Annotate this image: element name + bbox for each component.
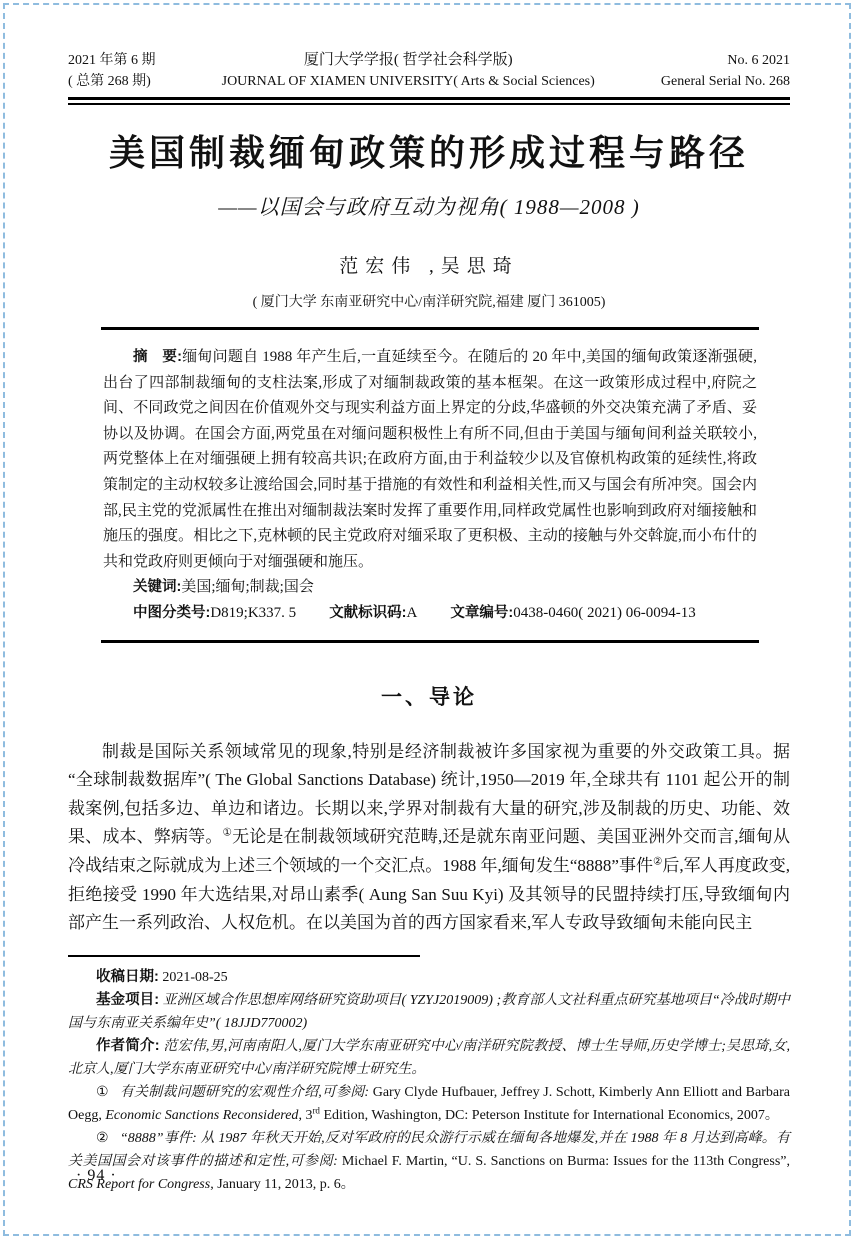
issue-number-en: No. 6 2021 [661,50,790,71]
bio-label: 作者简介: [96,1038,160,1054]
section-heading: 一、导论 [68,681,790,711]
serial-number-en: General Serial No. 268 [661,71,790,92]
footnote-1: ①有关制裁问题研究的宏观性介绍,可参阅: Gary Clyde Hufbauer… [68,1081,790,1127]
abstract-label: 摘 要: [133,349,182,365]
page-content: 2021 年第 6 期 ( 总第 268 期) 厦门大学学报( 哲学社会科学版)… [0,0,854,1196]
funding-line: 基金项目: 亚洲区域合作思想库网络研究资助项目( YZYJ2019009) ;教… [68,989,790,1035]
doc-code-value: A [407,605,418,621]
issue-number-cn: 2021 年第 6 期 [68,50,156,71]
author-affiliation: ( 厦门大学 东南亚研究中心/南洋研究院,福建 厦门 361005) [68,291,790,311]
footnote-2-marker: ② [96,1131,109,1146]
keywords-line: 关键词:美国;缅甸;制裁;国会 [103,575,757,601]
footnote-1-en3: Edition, Washington, DC: Peterson Instit… [320,1108,779,1123]
received-date-line: 收稿日期: 2021-08-25 [68,966,790,989]
footnote-1-book-title: Economic Sanctions Reconsidered [105,1108,298,1123]
clc-label: 中图分类号: [133,605,210,621]
received-value: 2021-08-25 [162,970,227,985]
footnote-2-en2: , January 11, 2013, p. 6。 [210,1177,355,1192]
journal-name-en: JOURNAL OF XIAMEN UNIVERSITY( Arts & Soc… [156,71,661,92]
funding-label: 基金项目: [96,992,159,1008]
keywords-text: 美国;缅甸;制裁;国会 [181,579,314,595]
bio-value: 范宏伟,男,河南南阳人,厦门大学东南亚研究中心/南洋研究院教授、博士生导师,历史… [68,1039,790,1077]
footnote-1-marker: ① [96,1085,109,1100]
article-title: 美国制裁缅甸政策的形成过程与路径 [68,131,790,176]
footnote-ref-2: ② [653,856,662,867]
abstract-box: 摘 要:缅甸问题自 1988 年产生后,一直延续至今。在随后的 20 年中,美国… [101,327,759,643]
clc-value: D819;K337. 5 [210,605,296,621]
footnote-1-zh: 有关制裁问题研究的宏观性介绍,可参阅: [120,1085,373,1100]
funding-value: 亚洲区域合作思想库网络研究资助项目( YZYJ2019009) ;教育部人文社科… [68,993,790,1031]
article-subtitle: ——以国会与政府互动为视角( 1988—2008 ) [68,191,790,221]
journal-name-cn: 厦门大学学报( 哲学社会科学版) [156,50,661,71]
footnote-2-en1: Michael F. Martin, “U. S. Sanctions on B… [342,1154,790,1169]
serial-number-cn: ( 总第 268 期) [68,71,156,92]
article-id-value: 0438-0460( 2021) 06-0094-13 [513,605,695,621]
journal-header: 2021 年第 6 期 ( 总第 268 期) 厦门大学学报( 哲学社会科学版)… [68,50,790,92]
footnote-1-en2: , 3 [298,1108,312,1123]
body-paragraph: 制裁是国际关系领域常见的现象,特别是经济制裁被许多国家视为重要的外交政策工具。据… [68,738,790,938]
footnote-ref-1: ① [222,828,232,839]
meta-line: 中图分类号:D819;K337. 5文献标识码:A文章编号:0438-0460(… [103,601,757,627]
journal-page: 2021 年第 6 期 ( 总第 268 期) 厦门大学学报( 哲学社会科学版)… [0,0,854,1239]
abstract-text: 缅甸问题自 1988 年产生后,一直延续至今。在随后的 20 年中,美国的缅甸政… [103,349,757,570]
received-label: 收稿日期: [96,969,159,985]
header-issue-block-cn: 2021 年第 6 期 ( 总第 268 期) [68,50,156,92]
header-issue-block-en: No. 6 2021 General Serial No. 268 [661,50,790,92]
keywords-label: 关键词: [133,579,181,595]
page-number: · 94 · [76,1167,117,1185]
author-names: 范宏伟 ,吴思琦 [68,251,790,278]
footnote-separator-rule [68,955,420,957]
header-double-rule [68,97,790,105]
header-journal-name: 厦门大学学报( 哲学社会科学版) JOURNAL OF XIAMEN UNIVE… [156,50,661,92]
abstract-paragraph: 摘 要:缅甸问题自 1988 年产生后,一直延续至今。在随后的 20 年中,美国… [103,345,757,575]
author-bio-line: 作者简介: 范宏伟,男,河南南阳人,厦门大学东南亚研究中心/南洋研究院教授、博士… [68,1035,790,1081]
footnote-1-ordinal: rd [312,1105,320,1115]
footnotes-block: 收稿日期: 2021-08-25 基金项目: 亚洲区域合作思想库网络研究资助项目… [68,966,790,1196]
doc-code-label: 文献标识码: [329,605,406,621]
footnote-2: ②“8888”事件: 从 1987 年秋天开始,反对军政府的民众游行示威在缅甸各… [68,1127,790,1196]
article-id-label: 文章编号: [450,605,513,621]
